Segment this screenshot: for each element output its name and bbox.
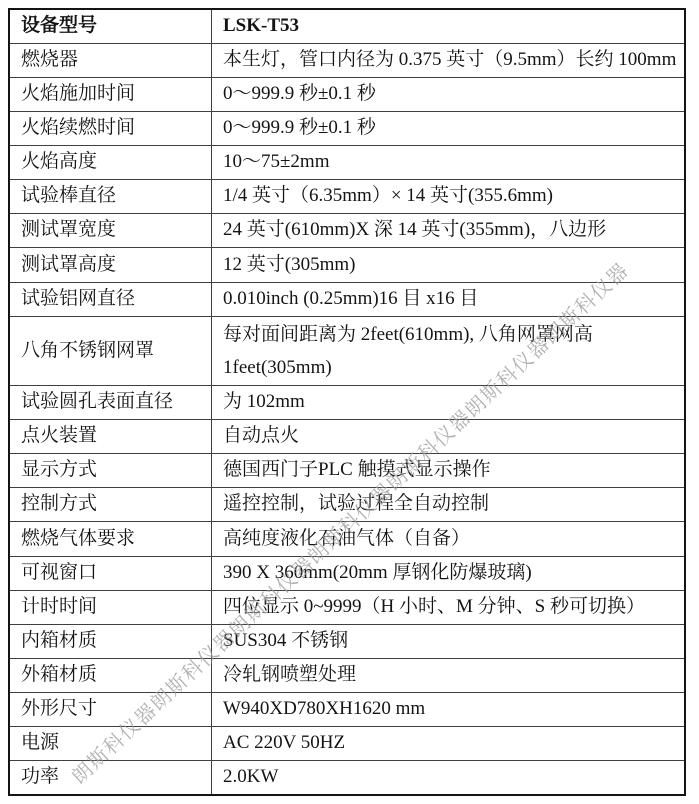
table-row: 火焰施加时间 0～999.9 秒±0.1 秒 — [9, 77, 685, 111]
spec-label-cell: 内箱材质 — [9, 624, 212, 658]
table-row: 试验圆孔表面直径 为 102mm — [9, 385, 685, 419]
table-row: 可视窗口 390 X 360mm(20mm 厚钢化防爆玻璃) — [9, 556, 685, 590]
spec-label-cell: 试验圆孔表面直径 — [9, 385, 212, 419]
table-row: 测试罩宽度 24 英寸(610mm)X 深 14 英寸(355mm)，八边形 — [9, 214, 685, 248]
spec-value-cell: 为 102mm — [212, 385, 686, 419]
spec-value-cell: 390 X 360mm(20mm 厚钢化防爆玻璃) — [212, 556, 686, 590]
table-row: 试验棒直径 1/4 英寸（6.35mm）× 14 英寸(355.6mm) — [9, 180, 685, 214]
table-row: 试验铝网直径 0.010inch (0.25mm)16 目 x16 目 — [9, 282, 685, 316]
spec-value-cell: 四位显示 0~9999（H 小时、M 分钟、S 秒可切换） — [212, 590, 686, 624]
spec-value-cell: 自动点火 — [212, 420, 686, 454]
table-row: 显示方式 德国西门子PLC 触摸式显示操作 — [9, 454, 685, 488]
spec-label-cell: 外箱材质 — [9, 658, 212, 692]
spec-value-cell: 每对面间距离为 2feet(610mm), 八角网罩网高 1feet(305mm… — [212, 316, 686, 385]
spec-label-cell: 计时时间 — [9, 590, 212, 624]
spec-label-cell: 火焰高度 — [9, 146, 212, 180]
spec-label-cell: 控制方式 — [9, 488, 212, 522]
spec-value-cell: LSK-T53 — [212, 9, 686, 43]
spec-label-cell: 试验棒直径 — [9, 180, 212, 214]
spec-value-cell: 24 英寸(610mm)X 深 14 英寸(355mm)，八边形 — [212, 214, 686, 248]
spec-label-cell: 火焰施加时间 — [9, 77, 212, 111]
table-row: 功率 2.0KW — [9, 761, 685, 795]
table-row: 外形尺寸 W940XD780XH1620 mm — [9, 693, 685, 727]
spec-table: 设备型号 LSK-T53 燃烧器 本生灯，管口内径为 0.375 英寸（9.5m… — [8, 8, 686, 796]
spec-value-cell: 0～999.9 秒±0.1 秒 — [212, 111, 686, 145]
table-row: 燃烧器 本生灯，管口内径为 0.375 英寸（9.5mm）长约 100mm — [9, 43, 685, 77]
spec-value-cell: W940XD780XH1620 mm — [212, 693, 686, 727]
spec-value-cell: 2.0KW — [212, 761, 686, 795]
spec-label-cell: 显示方式 — [9, 454, 212, 488]
table-row: 火焰高度 10～75±2mm — [9, 146, 685, 180]
table-row: 燃烧气体要求 高纯度液化石油气体（自备） — [9, 522, 685, 556]
spec-label-cell: 功率 — [9, 761, 212, 795]
spec-value-cell: AC 220V 50HZ — [212, 727, 686, 761]
spec-value-cell: 遥控控制，试验过程全自动控制 — [212, 488, 686, 522]
spec-label-cell: 电源 — [9, 727, 212, 761]
spec-value-cell: 德国西门子PLC 触摸式显示操作 — [212, 454, 686, 488]
spec-label-cell: 点火装置 — [9, 420, 212, 454]
spec-label-cell: 可视窗口 — [9, 556, 212, 590]
spec-label-cell: 测试罩宽度 — [9, 214, 212, 248]
table-row: 内箱材质 SUS304 不锈钢 — [9, 624, 685, 658]
spec-label-cell: 设备型号 — [9, 9, 212, 43]
spec-table-container: 设备型号 LSK-T53 燃烧器 本生灯，管口内径为 0.375 英寸（9.5m… — [8, 8, 686, 796]
spec-label-cell: 测试罩高度 — [9, 248, 212, 282]
spec-label-cell: 八角不锈钢网罩 — [9, 316, 212, 385]
spec-label-cell: 试验铝网直径 — [9, 282, 212, 316]
table-row: 电源 AC 220V 50HZ — [9, 727, 685, 761]
table-row: 设备型号 LSK-T53 — [9, 9, 685, 43]
spec-label-cell: 燃烧器 — [9, 43, 212, 77]
spec-value-cell: SUS304 不锈钢 — [212, 624, 686, 658]
table-row: 八角不锈钢网罩 每对面间距离为 2feet(610mm), 八角网罩网高 1fe… — [9, 316, 685, 385]
spec-label-cell: 火焰续燃时间 — [9, 111, 212, 145]
spec-value-cell: 12 英寸(305mm) — [212, 248, 686, 282]
table-row: 火焰续燃时间 0～999.9 秒±0.1 秒 — [9, 111, 685, 145]
spec-value-cell: 10～75±2mm — [212, 146, 686, 180]
spec-label-cell: 外形尺寸 — [9, 693, 212, 727]
table-row: 点火装置 自动点火 — [9, 420, 685, 454]
spec-value-cell: 1/4 英寸（6.35mm）× 14 英寸(355.6mm) — [212, 180, 686, 214]
table-row: 测试罩高度 12 英寸(305mm) — [9, 248, 685, 282]
spec-value-cell: 0.010inch (0.25mm)16 目 x16 目 — [212, 282, 686, 316]
table-row: 外箱材质 冷轧钢喷塑处理 — [9, 658, 685, 692]
table-row: 控制方式 遥控控制，试验过程全自动控制 — [9, 488, 685, 522]
spec-value-cell: 高纯度液化石油气体（自备） — [212, 522, 686, 556]
table-row: 计时时间 四位显示 0~9999（H 小时、M 分钟、S 秒可切换） — [9, 590, 685, 624]
spec-label-cell: 燃烧气体要求 — [9, 522, 212, 556]
spec-value-cell: 冷轧钢喷塑处理 — [212, 658, 686, 692]
spec-value-cell: 0～999.9 秒±0.1 秒 — [212, 77, 686, 111]
spec-value-cell: 本生灯，管口内径为 0.375 英寸（9.5mm）长约 100mm — [212, 43, 686, 77]
